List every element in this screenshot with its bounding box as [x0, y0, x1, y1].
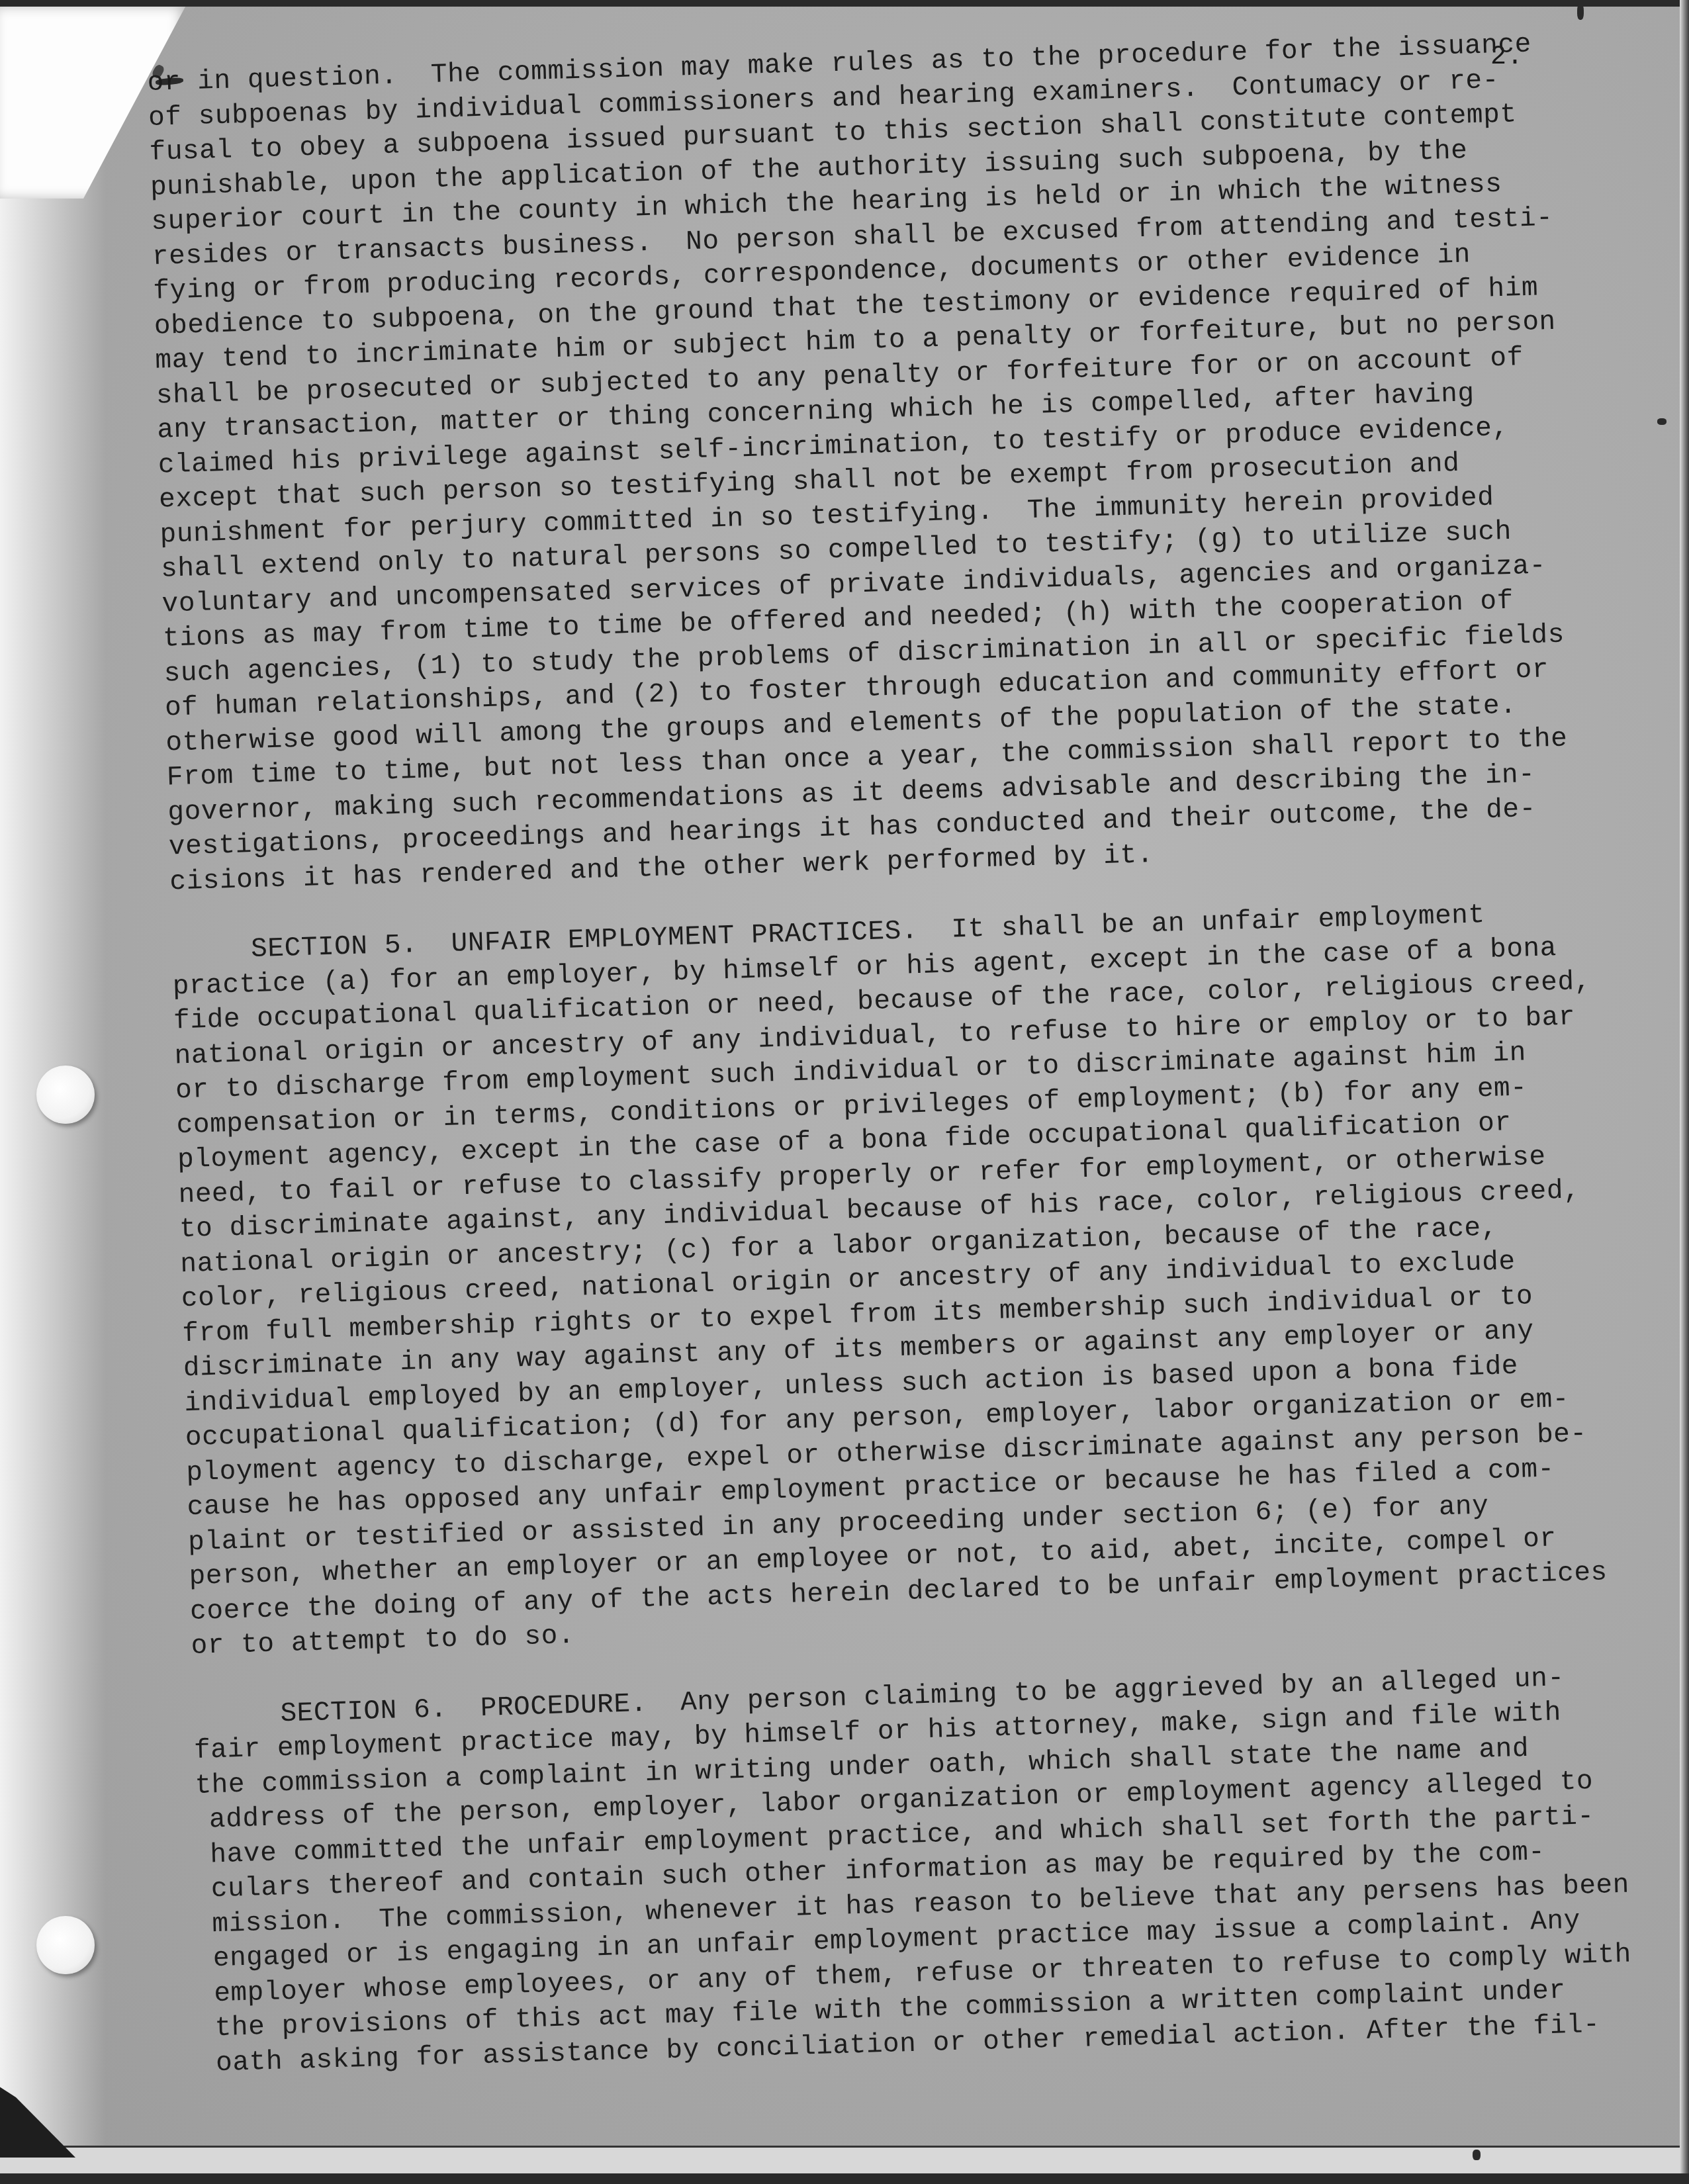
- scan-top-edge: [0, 0, 1689, 7]
- paragraph-continuation: or in question. The commission may make …: [147, 26, 1625, 900]
- stray-mark: [1577, 4, 1584, 20]
- stray-mark: [1657, 418, 1666, 425]
- paragraph-section-5: SECTION 5. UNFAIR EMPLOYMENT PRACTICES. …: [171, 894, 1647, 1664]
- document-body: or in question. The commission may make …: [147, 26, 1659, 2081]
- scan-right-edge: [1680, 0, 1689, 2184]
- paragraph-section-6: SECTION 6. PROCEDURE. Any person claimin…: [193, 1659, 1659, 2081]
- stray-mark: [1473, 2150, 1481, 2160]
- scan-bottom-edge: [0, 2173, 1689, 2184]
- punch-hole-icon: [36, 1916, 95, 1974]
- punch-hole-icon: [36, 1066, 95, 1124]
- bottom-page-strip: [0, 2146, 1680, 2175]
